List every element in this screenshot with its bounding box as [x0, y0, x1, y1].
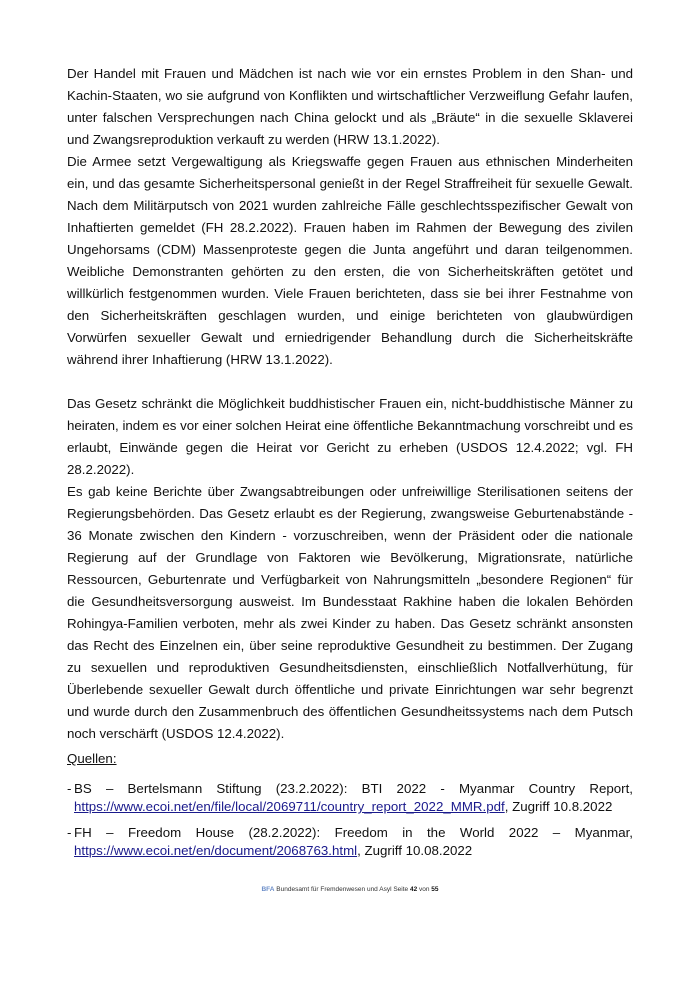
source-citation: BS – Bertelsmann Stiftung (23.2.2022): B… [74, 780, 633, 798]
source-link[interactable]: https://www.ecoi.net/en/file/local/20697… [74, 799, 505, 814]
source-item-bs: - BS – Bertelsmann Stiftung (23.2.2022):… [67, 780, 633, 816]
source-access-date: , Zugriff 10.08.2022 [357, 843, 472, 858]
list-dash: - [67, 780, 71, 798]
footer-of: von [417, 886, 431, 893]
paragraph-army-violence: Die Armee setzt Vergewaltigung als Krieg… [67, 151, 633, 371]
source-item-fh: - FH – Freedom House (28.2.2022): Freedo… [67, 824, 633, 860]
paragraph-trafficking: Der Handel mit Frauen und Mädchen ist na… [67, 63, 633, 151]
footer-org: Bundesamt für Fremdenwesen und Asyl Seit… [274, 886, 410, 893]
page-footer: BFA Bundesamt für Fremdenwesen und Asyl … [0, 886, 700, 893]
page-total: 55 [431, 886, 438, 893]
document-page: Der Handel mit Frauen und Mädchen ist na… [67, 63, 633, 868]
source-citation: FH – Freedom House (28.2.2022): Freedom … [74, 824, 633, 842]
paragraph-marriage-law: Das Gesetz schränkt die Möglichkeit budd… [67, 393, 633, 481]
paragraph-gap [67, 371, 633, 393]
list-dash: - [67, 824, 71, 842]
bfa-logo-text: BFA [261, 886, 274, 893]
source-link[interactable]: https://www.ecoi.net/en/document/2068763… [74, 843, 357, 858]
paragraph-reproductive-rights: Es gab keine Berichte über Zwangsabtreib… [67, 481, 633, 745]
source-access-date: , Zugriff 10.8.2022 [505, 799, 613, 814]
sources-heading: Quellen: [67, 748, 633, 770]
